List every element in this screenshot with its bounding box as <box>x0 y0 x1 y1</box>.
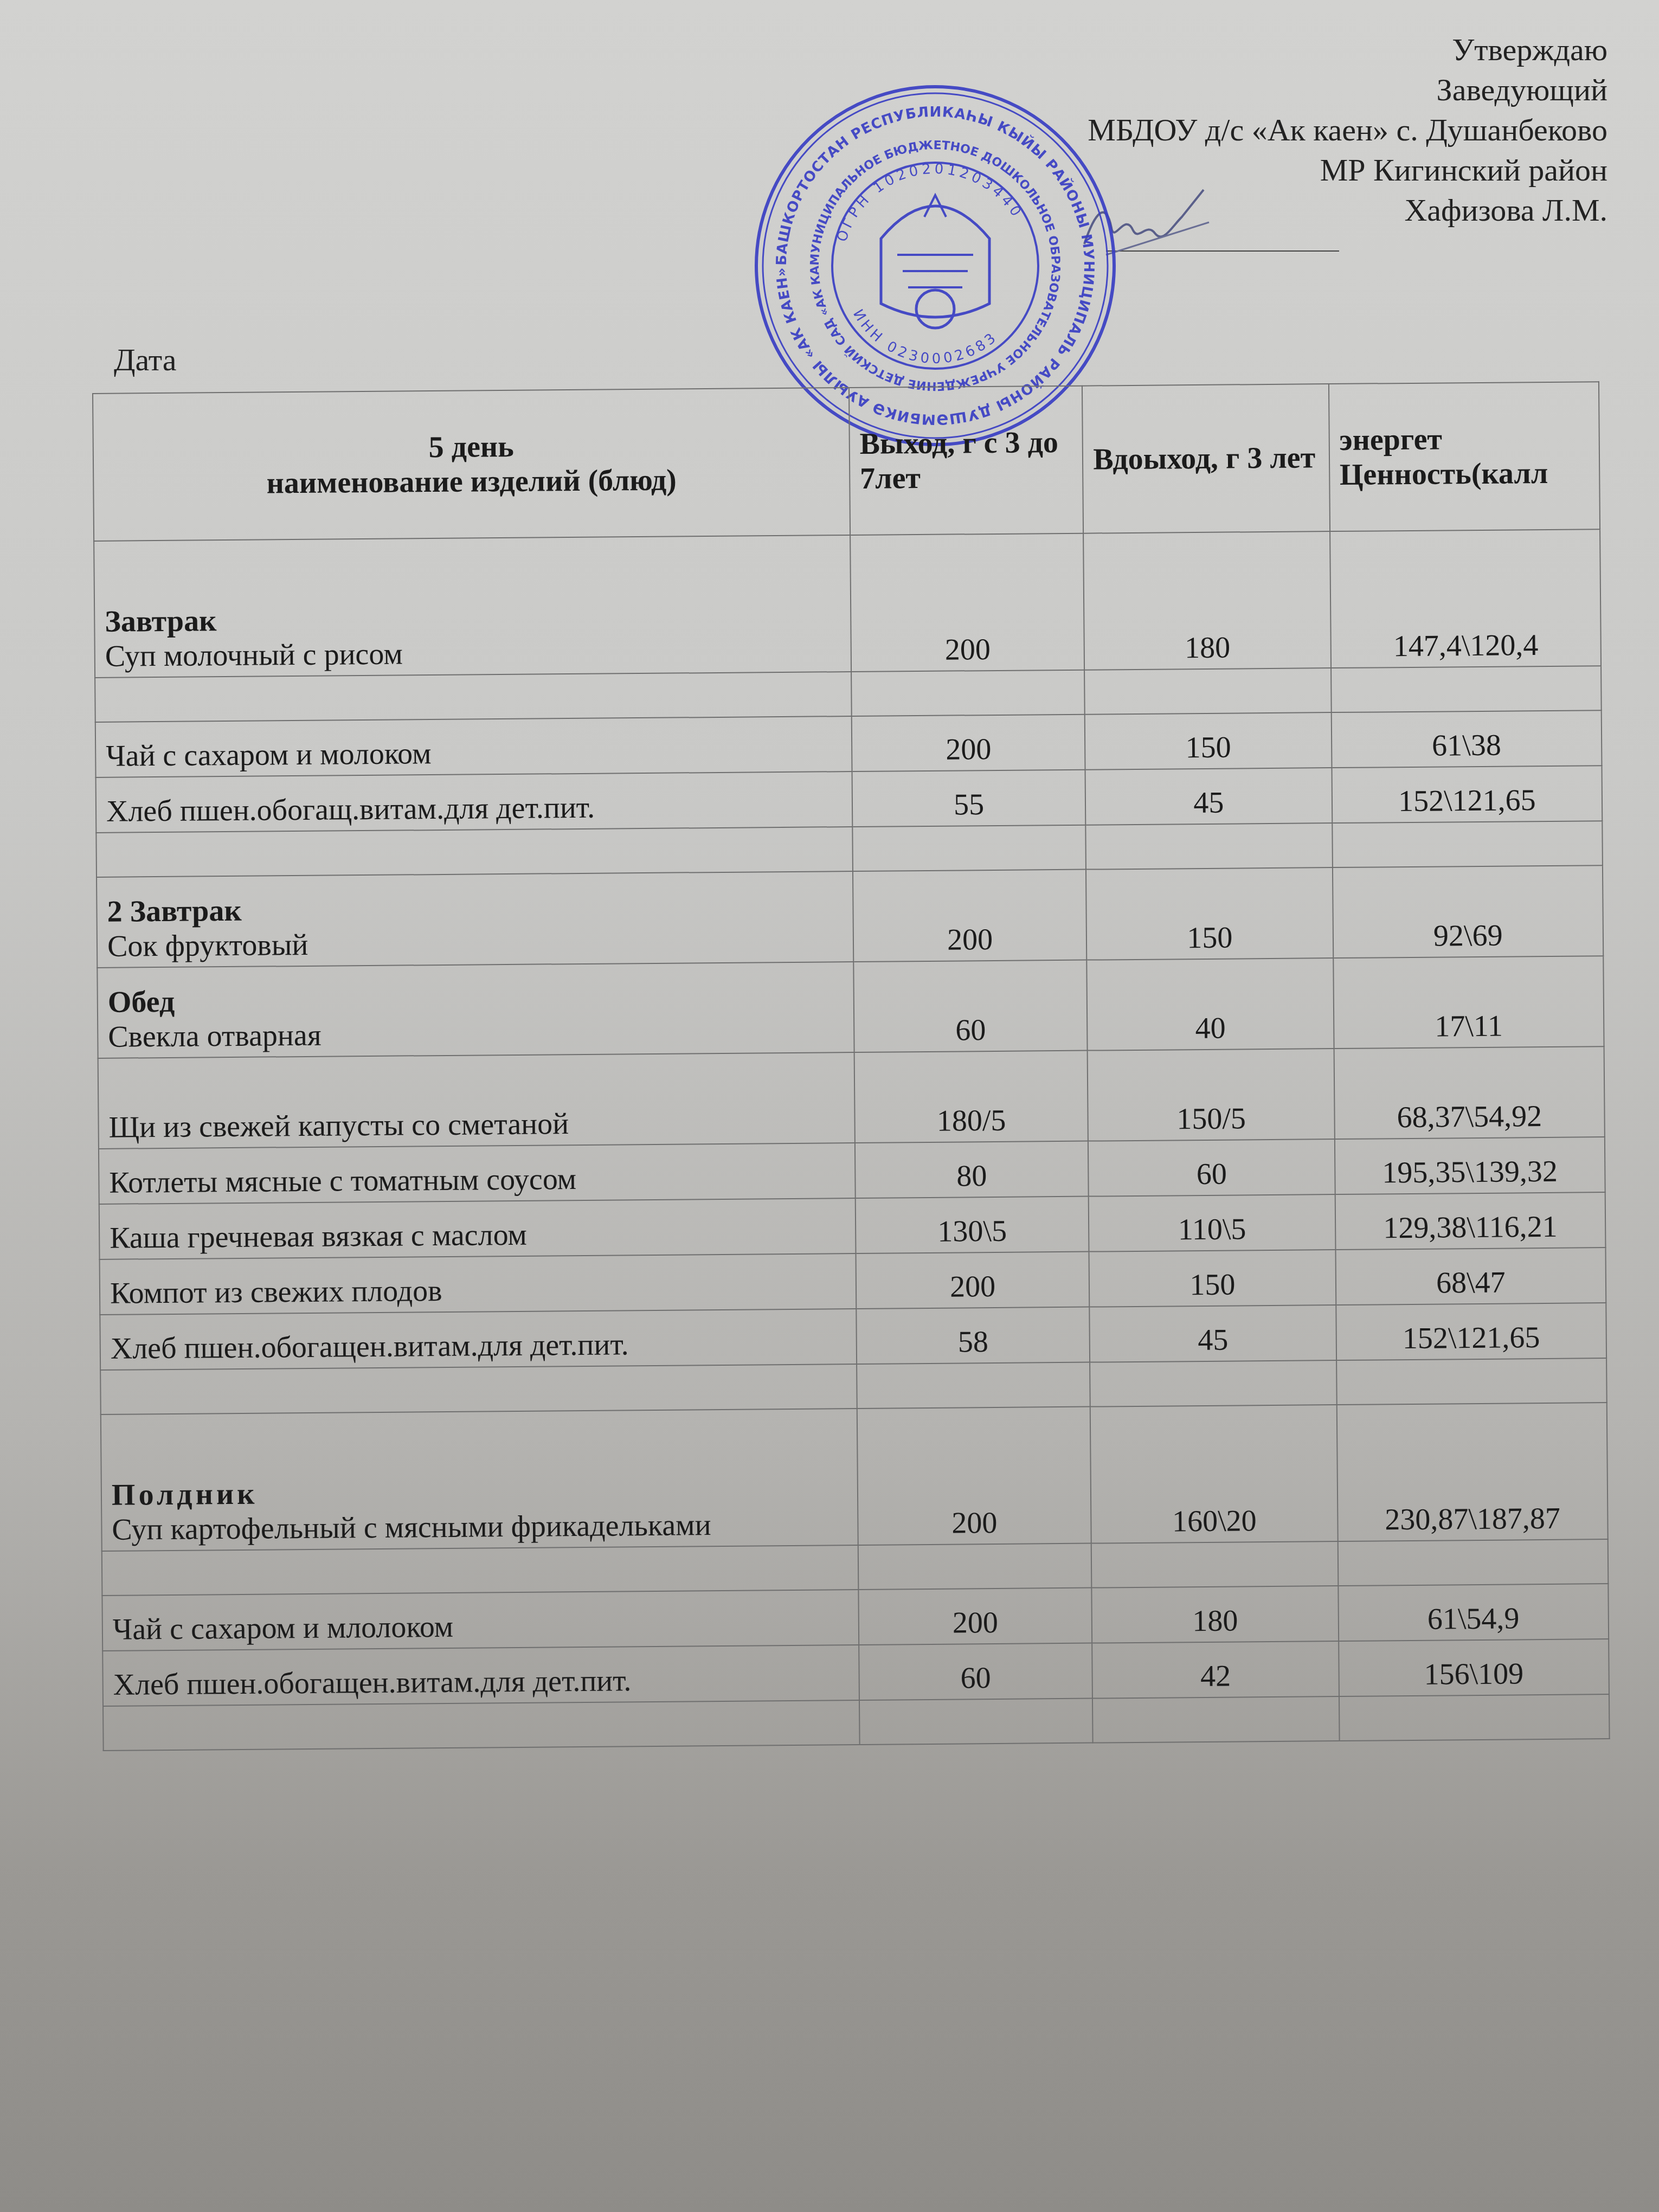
dish-name: Свекла отварная <box>108 1018 321 1058</box>
energy-cell: 152\121,65 <box>1336 1303 1606 1360</box>
meal-section-title: Обед <box>108 979 844 1020</box>
energy-cell-value: 129,38\116,21 <box>1383 1210 1558 1249</box>
yield-under3-cell-value: 150 <box>1185 730 1231 769</box>
dish-cell <box>95 672 851 722</box>
stamp-outer-text: БАШКОРТОСТАН РЕСПУБЛИКАҺЫ КЫЙЫ РАЙОНЫ МУ… <box>745 76 1097 427</box>
yield-3-7-cell-value: 200 <box>945 632 991 671</box>
yield-3-7-cell: 80 <box>855 1141 1089 1198</box>
dish-name: Котлеты мясные с томатным соусом <box>109 1162 576 1204</box>
dish-name: Суп молочный с рисом <box>105 637 403 677</box>
column-header-yield-under3: Вдоыход, г 3 лет <box>1082 384 1329 533</box>
table-header-row: 5 день наименование изделий (блюд) Выход… <box>93 382 1600 541</box>
yield-3-7-cell <box>859 1699 1093 1745</box>
day-label: 5 день <box>104 427 839 467</box>
yield-under3-cell: 40 <box>1087 958 1334 1051</box>
yield-3-7-cell-value: 58 <box>958 1324 989 1362</box>
yield-3-7-cell: 200 <box>858 1588 1092 1645</box>
yield-under3-cell-value: 150 <box>1187 921 1233 959</box>
dish-name: Чай с сахаром и молоком <box>106 736 432 777</box>
yield-under3-cell-value: 42 <box>1200 1659 1231 1697</box>
dish-cell: ПолдникСуп картофельный с мясными фрикад… <box>101 1409 858 1551</box>
dish-cell: Каша гречневая вязкая с маслом <box>99 1198 856 1259</box>
column-header-yield-3-7: Выход, г с 3 до 7лет <box>849 386 1084 535</box>
yield-3-7-cell: 55 <box>852 770 1085 827</box>
energy-cell: 68\47 <box>1335 1248 1606 1305</box>
energy-cell: 156\109 <box>1339 1639 1609 1696</box>
meal-section-title: Завтрак <box>105 599 840 639</box>
yield-under3-cell: 45 <box>1090 1305 1336 1362</box>
yield-3-7-cell: 200 <box>856 1252 1089 1309</box>
energy-cell: 61\54,9 <box>1338 1584 1609 1641</box>
yield-under3-cell: 180 <box>1083 531 1330 670</box>
yield-under3-cell-value: 45 <box>1193 786 1224 824</box>
yield-under3-cell-value: 40 <box>1195 1011 1226 1049</box>
name-column-label: наименование изделий (блюд) <box>104 461 839 502</box>
dish-name: Сок фруктовый <box>107 928 308 967</box>
yield-3-7-cell-value: 200 <box>953 1605 999 1644</box>
table-row: 2 ЗавтракСок фруктовый20015092\69 <box>97 865 1603 968</box>
energy-cell-value: 156\109 <box>1424 1656 1523 1695</box>
yield-3-7-cell: 130\5 <box>856 1197 1089 1253</box>
energy-cell <box>1331 666 1602 712</box>
dish-name: Хлеб пшен.обогащ.витам.для дет.пит. <box>106 790 595 832</box>
dish-cell: Компот из свежих плодов <box>100 1253 857 1315</box>
dish-cell: Чай с сахаром и млолоком <box>102 1590 859 1651</box>
energy-cell: 129,38\116,21 <box>1335 1192 1605 1250</box>
yield-3-7-cell-value: 180/5 <box>937 1103 1006 1142</box>
dish-name: Хлеб пшен.обогащен.витам.для дет.пит. <box>113 1663 631 1706</box>
energy-cell <box>1332 821 1603 867</box>
yield-3-7-cell <box>857 1362 1090 1409</box>
table-row: ОбедСвекла отварная604017\11 <box>97 956 1604 1058</box>
yield-under3-cell: 60 <box>1088 1139 1335 1197</box>
energy-cell: 68,37\54,92 <box>1334 1046 1605 1139</box>
yield-3-7-cell: 200 <box>853 870 1087 962</box>
yield-3-7-cell <box>851 670 1085 716</box>
yield-3-7-cell: 60 <box>853 960 1088 1052</box>
dish-cell: Котлеты мясные с томатным соусом <box>99 1143 856 1204</box>
energy-cell-value: 61\38 <box>1432 728 1501 767</box>
menu-table: 5 день наименование изделий (блюд) Выход… <box>92 381 1610 1751</box>
yield-3-7-cell-value: 60 <box>955 1013 986 1051</box>
energy-cell: 152\121,65 <box>1332 766 1602 823</box>
yield-under3-cell: 150 <box>1085 712 1332 770</box>
energy-cell-value: 17\11 <box>1435 1009 1503 1047</box>
energy-cell: 61\38 <box>1331 710 1602 768</box>
yield-under3-cell-value: 110\5 <box>1178 1212 1246 1250</box>
dish-cell: Хлеб пшен.обогащен.витам.для дет.пит. <box>102 1645 859 1706</box>
yield-under3-cell: 42 <box>1092 1641 1339 1699</box>
dish-name: Компот из свежих плодов <box>110 1274 442 1314</box>
dish-name: Щи из свежей капусты со сметаной <box>108 1107 569 1148</box>
dish-name: Суп картофельный с мясными фрикадельками <box>112 1508 711 1551</box>
dish-cell: 2 ЗавтракСок фруктовый <box>97 871 853 968</box>
energy-cell-value: 195,35\139,32 <box>1382 1154 1558 1194</box>
dish-cell <box>100 1364 857 1414</box>
yield-under3-cell <box>1090 1360 1336 1407</box>
yield-3-7-cell-value: 80 <box>956 1159 987 1197</box>
dish-cell: Хлеб пшен.обогащен.витам.для дет.пит. <box>100 1309 857 1370</box>
energy-cell: 195,35\139,32 <box>1335 1137 1605 1194</box>
energy-cell-value: 68\47 <box>1436 1265 1506 1304</box>
yield-under3-cell: 150 <box>1086 867 1333 960</box>
meal-section-title: Полдник <box>112 1472 847 1513</box>
yield-3-7-cell: 200 <box>857 1407 1091 1545</box>
date-label: Дата <box>114 342 177 378</box>
yield-3-7-cell-value: 200 <box>947 922 993 961</box>
column-header-energy: энергет Ценность(калл <box>1329 382 1600 531</box>
energy-cell-value: 147,4\120,4 <box>1393 628 1539 667</box>
table-row: ПолдникСуп картофельный с мясными фрикад… <box>101 1403 1608 1551</box>
menu-table-body: ЗавтракСуп молочный с рисом200180147,4\1… <box>94 529 1609 1751</box>
dish-cell: ОбедСвекла отварная <box>97 962 854 1058</box>
meal-section-title: 2 Завтрак <box>107 889 843 929</box>
yield-3-7-cell-value: 200 <box>951 1506 998 1544</box>
yield-under3-cell-value: 180 <box>1185 631 1231 669</box>
energy-cell: 147,4\120,4 <box>1330 529 1601 668</box>
yield-3-7-cell: 58 <box>856 1307 1090 1364</box>
energy-cell <box>1338 1539 1608 1586</box>
yield-under3-cell-value: 180 <box>1192 1603 1238 1642</box>
yield-under3-cell <box>1091 1541 1338 1588</box>
yield-under3-cell: 160\20 <box>1090 1405 1338 1544</box>
yield-3-7-cell <box>852 825 1086 871</box>
energy-cell <box>1339 1694 1610 1741</box>
yield-under3-cell: 180 <box>1092 1586 1339 1643</box>
dish-cell: ЗавтракСуп молочный с рисом <box>94 535 851 678</box>
yield-3-7-cell <box>858 1544 1092 1590</box>
table-row: Щи из свежей капусты со сметаной180/5150… <box>98 1046 1605 1149</box>
energy-cell-value: 68,37\54,92 <box>1397 1099 1542 1138</box>
svg-text:БАШКОРТОСТАН РЕСПУБЛИКАҺЫ КЫЙЫ: БАШКОРТОСТАН РЕСПУБЛИКАҺЫ КЫЙЫ РАЙОНЫ МУ… <box>745 76 1097 427</box>
yield-3-7-cell: 60 <box>859 1643 1092 1700</box>
table-row: ЗавтракСуп молочный с рисом200180147,4\1… <box>94 529 1601 678</box>
energy-cell: 92\69 <box>1333 865 1604 958</box>
energy-cell: 17\11 <box>1333 956 1604 1049</box>
yield-under3-cell: 110\5 <box>1089 1194 1335 1252</box>
approval-line: Заведующий <box>1088 70 1607 110</box>
energy-cell-value: 92\69 <box>1433 918 1503 957</box>
yield-under3-cell-value: 150/5 <box>1176 1101 1246 1140</box>
yield-under3-cell: 150/5 <box>1088 1049 1335 1141</box>
yield-3-7-cell-value: 60 <box>960 1661 991 1699</box>
yield-3-7-cell: 200 <box>850 533 1084 672</box>
energy-cell-value: 152\121,65 <box>1398 783 1536 822</box>
yield-3-7-cell-value: 200 <box>946 732 992 770</box>
dish-name: Каша гречневая вязкая с маслом <box>110 1218 527 1259</box>
yield-3-7-cell: 180/5 <box>854 1051 1088 1143</box>
dish-name: Хлеб пшен.обогащен.витам.для дет.пит. <box>111 1327 629 1369</box>
energy-cell: 230,87\187,87 <box>1336 1403 1607 1541</box>
yield-3-7-cell-value: 130\5 <box>937 1214 1007 1252</box>
approval-line: МБДОУ д/с «Ак каен» с. Душанбеково <box>1088 110 1607 150</box>
yield-under3-cell-value: 150 <box>1189 1267 1236 1306</box>
dish-cell: Щи из свежей капусты со сметаной <box>98 1052 855 1149</box>
yield-3-7-cell-value: 200 <box>950 1269 996 1308</box>
dish-name: Чай с сахаром и млолоком <box>113 1610 454 1650</box>
yield-3-7-cell: 200 <box>852 715 1085 771</box>
yield-under3-cell: 45 <box>1085 768 1332 825</box>
dish-cell <box>96 827 852 877</box>
yield-under3-cell <box>1092 1696 1339 1743</box>
yield-under3-cell-value: 60 <box>1197 1157 1227 1195</box>
energy-cell-value: 230,87\187,87 <box>1385 1501 1560 1541</box>
energy-cell-value: 61\54,9 <box>1427 1601 1520 1639</box>
yield-under3-cell-value: 45 <box>1198 1323 1229 1361</box>
yield-under3-cell-value: 160\20 <box>1172 1503 1257 1542</box>
dish-cell: Чай с сахаром и молоком <box>95 716 852 777</box>
dish-cell: Хлеб пшен.обогащ.витам.для дет.пит. <box>96 771 853 833</box>
dish-cell <box>103 1700 859 1751</box>
yield-3-7-cell-value: 55 <box>954 787 985 825</box>
yield-under3-cell <box>1084 668 1331 715</box>
yield-under3-cell: 150 <box>1089 1250 1336 1307</box>
approval-line: Утверждаю <box>1088 30 1607 70</box>
column-header-name: 5 день наименование изделий (блюд) <box>93 388 850 541</box>
dish-cell <box>102 1545 858 1596</box>
yield-under3-cell <box>1086 823 1333 870</box>
energy-cell-value: 152\121,65 <box>1403 1320 1540 1359</box>
energy-cell <box>1336 1358 1607 1405</box>
